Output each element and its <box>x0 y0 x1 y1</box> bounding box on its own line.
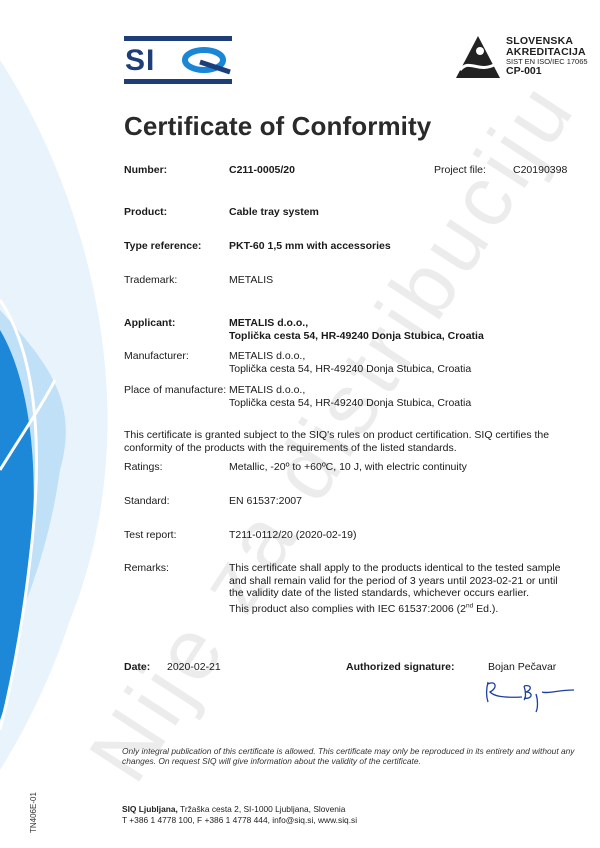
remarks-compliance-suffix: Ed.). <box>473 603 498 615</box>
remarks-compliance: This product also complies with IEC 6153… <box>229 603 574 616</box>
signature-label: Authorized signature: <box>346 661 455 673</box>
ratings-label: Ratings: <box>124 461 163 474</box>
project-file-label: Project file: <box>434 164 486 176</box>
manufacturer-label: Manufacturer: <box>124 350 189 363</box>
remarks-compliance-text: This product also complies with IEC 6153… <box>229 603 466 615</box>
place-of-manufacture-label: Place of manufacture: <box>124 384 226 397</box>
trademark-label: Trademark: <box>124 274 177 287</box>
type-reference-value: PKT-60 1,5 mm with accessories <box>229 240 391 253</box>
accreditation-name-1: SLOVENSKA <box>506 36 588 47</box>
accreditation-triangle-icon <box>456 36 500 78</box>
accreditation-code: CP-001 <box>506 66 588 77</box>
place-of-manufacture-address: Toplička cesta 54, HR-49240 Donja Stubic… <box>229 397 471 410</box>
signatory-name: Bojan Pečavar <box>488 661 556 673</box>
footer-contact: T +386 1 4778 100, F +386 1 4778 444, in… <box>122 815 357 826</box>
handwritten-signature <box>482 678 582 714</box>
number-value: C211-0005/20 <box>229 164 295 177</box>
date-value: 2020-02-21 <box>167 661 221 674</box>
project-file-value: C20190398 <box>513 164 567 176</box>
footer-address: Tržaška cesta 2, SI-1000 Ljubljana, Slov… <box>178 804 346 814</box>
test-report-value: T211-0112/20 (2020-02-19) <box>229 529 356 542</box>
applicant-address: Toplička cesta 54, HR-49240 Donja Stubic… <box>229 330 484 343</box>
svg-text:SI: SI <box>125 44 155 77</box>
accreditation-logo: SLOVENSKA AKREDITACIJA SIST EN ISO/IEC 1… <box>456 32 596 82</box>
remarks-text: This certificate shall apply to the prod… <box>229 562 574 600</box>
standard-label: Standard: <box>124 495 170 508</box>
trademark-value: METALIS <box>229 274 273 287</box>
accreditation-name-2: AKREDITACIJA <box>506 47 588 58</box>
disclaimer: Only integral publication of this certif… <box>122 746 582 766</box>
page-title: Certificate of Conformity <box>124 111 431 142</box>
remarks-label: Remarks: <box>124 562 169 575</box>
product-value: Cable tray system <box>229 206 319 219</box>
document-code: TN406E-01 <box>29 792 38 833</box>
siq-logo: SI <box>124 36 232 84</box>
place-of-manufacture-name: METALIS d.o.o., <box>229 384 305 397</box>
ratings-value: Metallic, -20º to +60ºC, 10 J, with elec… <box>229 461 467 474</box>
standard-value: EN 61537:2007 <box>229 495 302 508</box>
product-label: Product: <box>124 206 167 219</box>
applicant-label: Applicant: <box>124 317 175 330</box>
number-label: Number: <box>124 164 167 177</box>
applicant-name: METALIS d.o.o., <box>229 317 308 330</box>
test-report-label: Test report: <box>124 529 177 542</box>
grant-statement: This certificate is granted subject to t… <box>124 429 564 454</box>
footer: SIQ Ljubljana, Tržaška cesta 2, SI-1000 … <box>122 804 357 825</box>
footer-org: SIQ Ljubljana, <box>122 804 178 814</box>
type-reference-label: Type reference: <box>124 240 201 253</box>
manufacturer-address: Toplička cesta 54, HR-49240 Donja Stubic… <box>229 363 471 376</box>
manufacturer-name: METALIS d.o.o., <box>229 350 305 363</box>
date-label: Date: <box>124 661 150 674</box>
